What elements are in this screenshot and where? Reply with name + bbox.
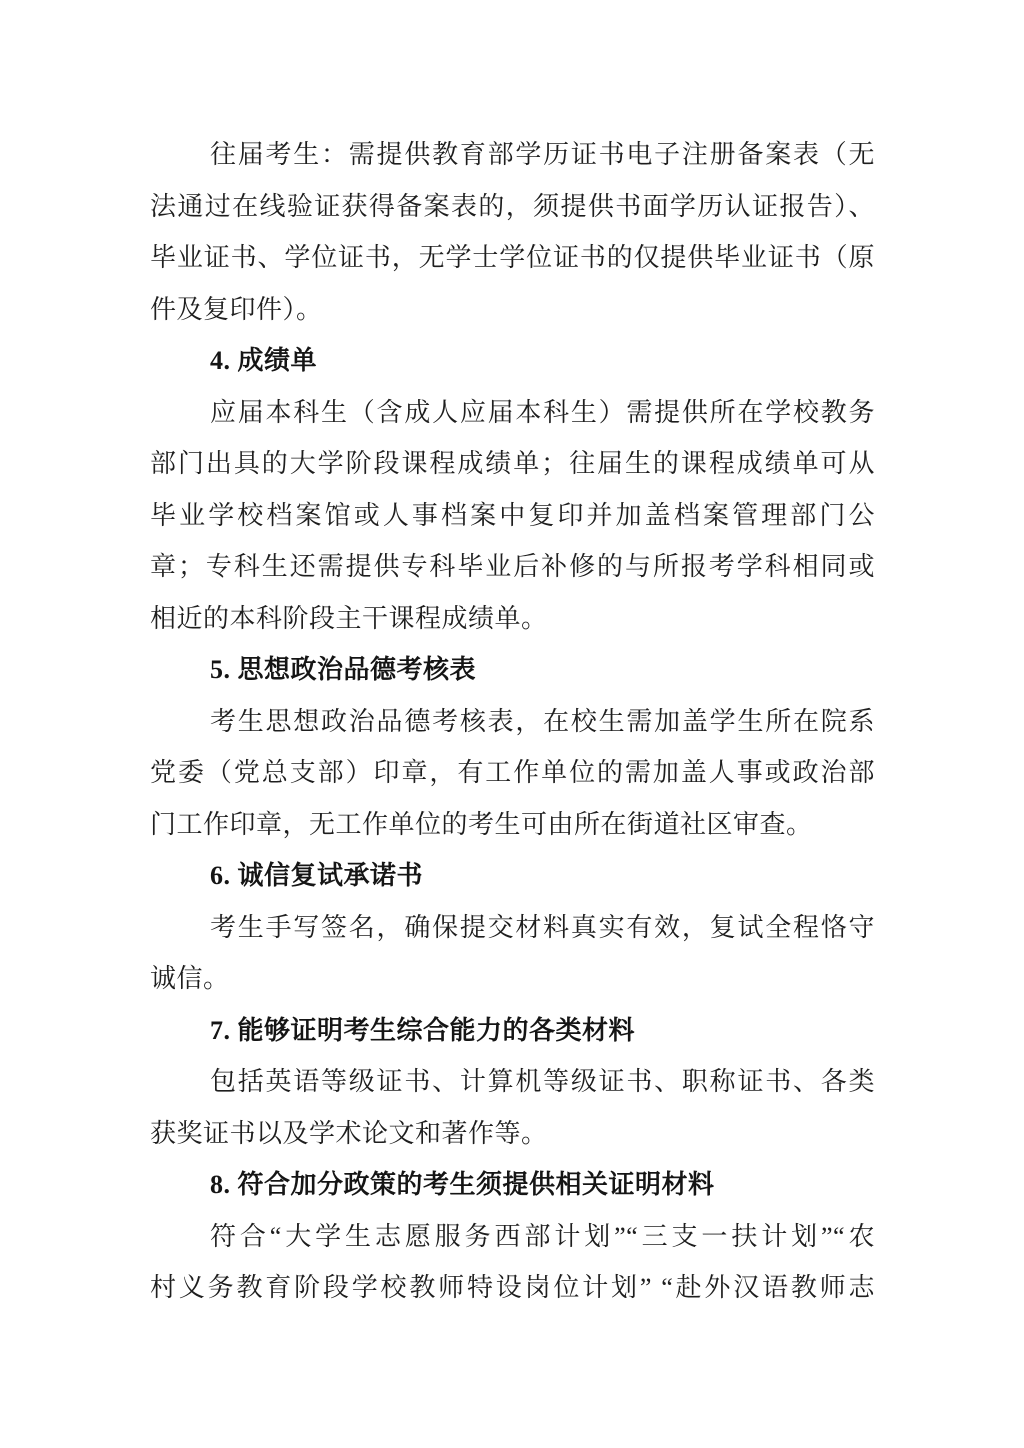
text-line: 获奖证书以及学术论文和著作等。: [150, 1108, 875, 1160]
section-heading-4: 4. 成绩单: [150, 335, 875, 387]
text-line: 毕业证书、学位证书，无学士学位证书的仅提供毕业证书（原: [150, 232, 875, 284]
text-line: 门工作印章，无工作单位的考生可由所在街道社区审查。: [150, 799, 875, 851]
text-line: 考生思想政治品德考核表，在校生需加盖学生所在院系: [150, 696, 875, 748]
text-line: 章；专科生还需提供专科毕业后补修的与所报考学科相同或: [150, 541, 875, 593]
text-line: 诚信。: [150, 953, 875, 1005]
section-heading-7: 7. 能够证明考生综合能力的各类材料: [150, 1005, 875, 1057]
document-text-block: 往届考生：需提供教育部学历证书电子注册备案表（无 法通过在线验证获得备案表的，须…: [150, 129, 875, 1314]
section-7: 7. 能够证明考生综合能力的各类材料 包括英语等级证书、计算机等级证书、职称证书…: [150, 1005, 875, 1160]
text-line: 法通过在线验证获得备案表的，须提供书面学历认证报告）、: [150, 181, 875, 233]
text-line: 符合“大学生志愿服务西部计划”“三支一扶计划”“农: [150, 1211, 875, 1263]
text-line: 毕业学校档案馆或人事档案中复印并加盖档案管理部门公: [150, 490, 875, 542]
text-line: 包括英语等级证书、计算机等级证书、职称证书、各类: [150, 1056, 875, 1108]
section-5: 5. 思想政治品德考核表 考生思想政治品德考核表，在校生需加盖学生所在院系 党委…: [150, 644, 875, 850]
text-line: 相近的本科阶段主干课程成绩单。: [150, 593, 875, 645]
section-6: 6. 诚信复试承诺书 考生手写签名，确保提交材料真实有效，复试全程恪守 诚信。: [150, 850, 875, 1005]
paragraph: 往届考生：需提供教育部学历证书电子注册备案表（无 法通过在线验证获得备案表的，须…: [150, 129, 875, 335]
text-line: 村义务教育阶段学校教师特设岗位计划” “赴外汉语教师志: [150, 1262, 875, 1314]
section-4: 4. 成绩单 应届本科生（含成人应届本科生）需提供所在学校教务 部门出具的大学阶…: [150, 335, 875, 644]
text-line: 考生手写签名，确保提交材料真实有效，复试全程恪守: [150, 902, 875, 954]
text-line: 党委（党总支部）印章，有工作单位的需加盖人事或政治部: [150, 747, 875, 799]
section-heading-6: 6. 诚信复试承诺书: [150, 850, 875, 902]
document-page: 往届考生：需提供教育部学历证书电子注册备案表（无 法通过在线验证获得备案表的，须…: [0, 0, 1024, 1448]
section-heading-5: 5. 思想政治品德考核表: [150, 644, 875, 696]
text-line: 件及复印件）。: [150, 284, 875, 336]
section-8: 8. 符合加分政策的考生须提供相关证明材料 符合“大学生志愿服务西部计划”“三支…: [150, 1159, 875, 1314]
text-line: 往届考生：需提供教育部学历证书电子注册备案表（无: [150, 129, 875, 181]
text-line: 部门出具的大学阶段课程成绩单；往届生的课程成绩单可从: [150, 438, 875, 490]
text-line: 应届本科生（含成人应届本科生）需提供所在学校教务: [150, 387, 875, 439]
section-heading-8: 8. 符合加分政策的考生须提供相关证明材料: [150, 1159, 875, 1211]
